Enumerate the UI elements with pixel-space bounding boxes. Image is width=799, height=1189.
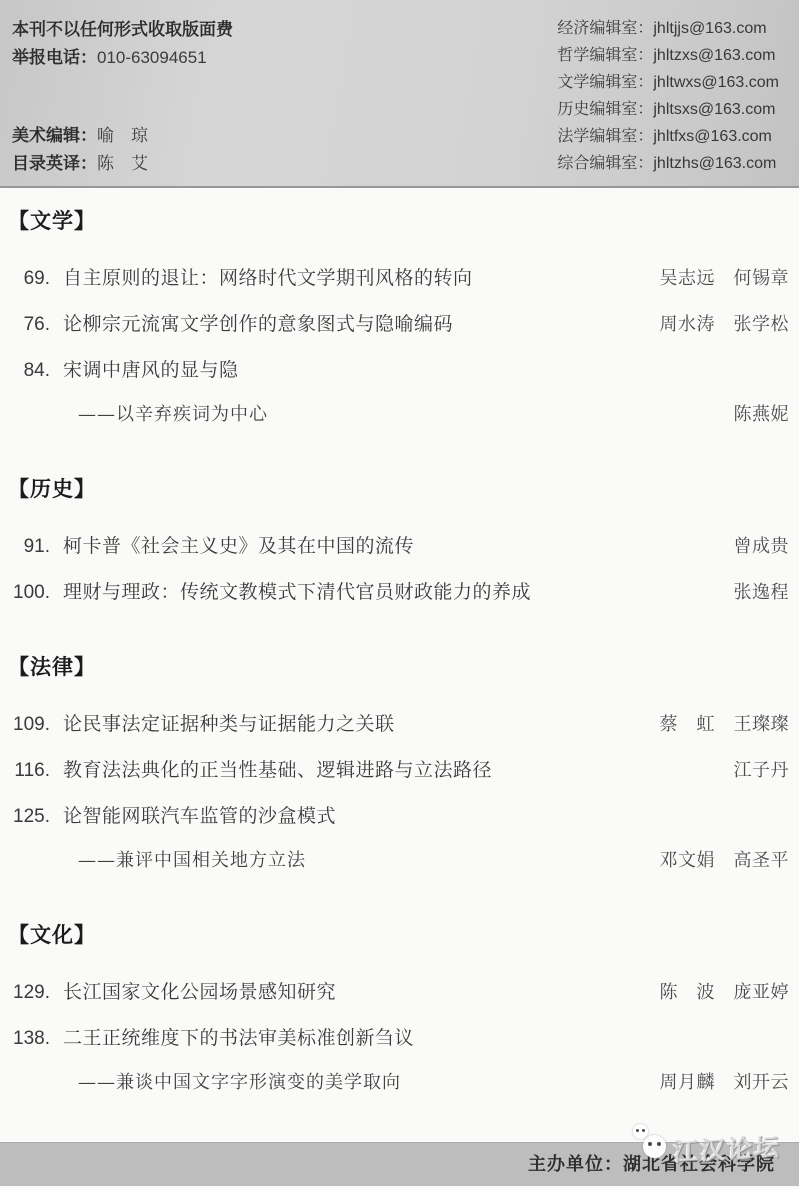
entry-authors: 张逸程 — [734, 578, 790, 608]
entry-authors: 周水涛 张学松 — [660, 310, 790, 340]
entry-page-number: 69. — [0, 264, 50, 294]
section-header-literature: 【文学】 — [8, 206, 799, 238]
room-label: 历史编辑室： — [557, 101, 653, 118]
entry-title: 二王正统维度下的书法审美标准创新刍议 — [63, 1024, 789, 1054]
room-label: 法学编辑室： — [557, 128, 653, 145]
entry-title: 柯卡普《社会主义史》及其在中国的流传 — [63, 532, 734, 562]
editorial-room-history: 历史编辑室：jhltsxs@163.com — [557, 96, 779, 123]
masthead-left-column: 本刊不以任何形式收取版面费 举报电话：010-63094651 美术编辑：喻 琼… — [12, 16, 233, 178]
report-phone-label: 举报电话： — [12, 48, 97, 67]
room-email: jhltsxs@163.com — [653, 101, 775, 118]
masthead-left-spacer — [12, 72, 233, 122]
editorial-room-philosophy: 哲学编辑室：jhltzxs@163.com — [557, 42, 779, 69]
toc-entry-subtitle-row: ——兼评中国相关地方立法 邓文娟 高圣平 — [0, 846, 799, 876]
entry-authors: 曾成贵 — [734, 532, 790, 562]
entry-title: 论柳宗元流寓文学创作的意象图式与隐喻编码 — [63, 310, 660, 340]
toc-entry: 69. 自主原则的退让：网络时代文学期刊风格的转向 吴志远 何锡章 — [0, 264, 799, 294]
entry-authors: 蔡 虹 王璨璨 — [660, 710, 790, 740]
table-of-contents: 【文学】 69. 自主原则的退让：网络时代文学期刊风格的转向 吴志远 何锡章 7… — [0, 188, 799, 1098]
entry-authors: 吴志远 何锡章 — [660, 264, 790, 294]
editorial-room-economics: 经济编辑室：jhltjjs@163.com — [557, 15, 779, 42]
entry-title: 论民事法定证据种类与证据能力之关联 — [63, 710, 660, 740]
entry-page-number: 109. — [0, 710, 50, 740]
toc-entry: 76. 论柳宗元流寓文学创作的意象图式与隐喻编码 周水涛 张学松 — [0, 310, 799, 340]
toc-entry: 116. 教育法法典化的正当性基础、逻辑进路与立法路径 江子丹 — [0, 756, 799, 786]
room-email: jhltfxs@163.com — [653, 128, 772, 145]
entry-title: 理财与理政：传统文教模式下清代官员财政能力的养成 — [63, 578, 734, 608]
journal-watermark: 江汉论坛 — [631, 1118, 791, 1170]
art-editor-label: 美术编辑： — [12, 126, 97, 145]
mascot-face-small — [633, 1124, 648, 1139]
entry-subtitle: ——以辛弃疾词为中心 — [78, 400, 734, 430]
entry-authors: 江子丹 — [734, 756, 790, 786]
entry-title: 长江国家文化公园场景感知研究 — [63, 978, 660, 1008]
toc-entry: 129. 长江国家文化公园场景感知研究 陈 波 庞亚婷 — [0, 978, 799, 1008]
section-header-culture: 【文化】 — [8, 920, 799, 952]
masthead-info-band: 本刊不以任何形式收取版面费 举报电话：010-63094651 美术编辑：喻 琼… — [0, 0, 799, 188]
entry-authors: 邓文娟 高圣平 — [660, 846, 790, 876]
entry-page-number: 84. — [0, 356, 50, 386]
report-phone-line: 举报电话：010-63094651 — [12, 44, 233, 72]
entry-title: 教育法法典化的正当性基础、逻辑进路与立法路径 — [63, 756, 734, 786]
entry-page-number: 129. — [0, 978, 50, 1008]
toc-entry-subtitle-row: ——兼谈中国文字字形演变的美学取向 周月麟 刘开云 — [0, 1068, 799, 1098]
room-label: 哲学编辑室： — [557, 47, 653, 64]
no-fee-notice: 本刊不以任何形式收取版面费 — [12, 16, 233, 44]
toc-entry: 100. 理财与理政：传统文教模式下清代官员财政能力的养成 张逸程 — [0, 578, 799, 608]
toc-entry: 109. 论民事法定证据种类与证据能力之关联 蔡 虹 王璨璨 — [0, 710, 799, 740]
editorial-room-literature: 文学编辑室：jhltwxs@163.com — [557, 69, 779, 96]
room-email: jhltwxs@163.com — [653, 74, 779, 91]
editorial-room-law: 法学编辑室：jhltfxs@163.com — [557, 123, 779, 150]
entry-page-number: 76. — [0, 310, 50, 340]
watermark-text: 江汉论坛 — [673, 1127, 781, 1169]
art-editor-line: 美术编辑：喻 琼 — [12, 122, 233, 150]
toc-entry: 84. 宋调中唐风的显与隐 — [0, 356, 799, 386]
entry-subtitle: ——兼谈中国文字字形演变的美学取向 — [78, 1068, 660, 1098]
entry-page-number: 116. — [0, 756, 50, 786]
entry-title: 宋调中唐风的显与隐 — [63, 356, 789, 386]
mascot-face-big — [643, 1135, 666, 1158]
room-label: 经济编辑室： — [557, 20, 653, 37]
entry-page-number: 91. — [0, 532, 50, 562]
section-header-history: 【历史】 — [8, 474, 799, 506]
mascot-faces-icon — [631, 1124, 671, 1168]
toc-translator-line: 目录英译：陈 艾 — [12, 150, 233, 178]
toc-translator-label: 目录英译： — [12, 154, 97, 173]
section-header-law: 【法律】 — [8, 652, 799, 684]
editorial-room-general: 综合编辑室：jhltzhs@163.com — [557, 150, 779, 177]
room-label: 文学编辑室： — [557, 74, 653, 91]
entry-page-number: 100. — [0, 578, 50, 608]
room-email: jhltzhs@163.com — [653, 155, 776, 172]
toc-entry-subtitle-row: ——以辛弃疾词为中心 陈燕妮 — [0, 400, 799, 430]
toc-entry: 138. 二王正统维度下的书法审美标准创新刍议 — [0, 1024, 799, 1054]
toc-entry: 91. 柯卡普《社会主义史》及其在中国的流传 曾成贵 — [0, 532, 799, 562]
art-editor-name: 喻 琼 — [97, 126, 148, 145]
entry-authors: 周月麟 刘开云 — [660, 1068, 790, 1098]
room-label: 综合编辑室： — [557, 155, 653, 172]
entry-subtitle: ——兼评中国相关地方立法 — [78, 846, 660, 876]
room-email: jhltjjs@163.com — [653, 20, 766, 37]
entry-authors: 陈燕妮 — [734, 400, 790, 430]
toc-translator-name: 陈 艾 — [97, 154, 148, 173]
entry-page-number: 125. — [0, 802, 50, 832]
entry-authors: 陈 波 庞亚婷 — [660, 978, 790, 1008]
editorial-room-list: 经济编辑室：jhltjjs@163.com 哲学编辑室：jhltzxs@163.… — [557, 15, 779, 177]
journal-toc-page: 本刊不以任何形式收取版面费 举报电话：010-63094651 美术编辑：喻 琼… — [0, 0, 799, 1189]
toc-entry: 125. 论智能网联汽车监管的沙盒模式 — [0, 802, 799, 832]
report-phone-number: 010-63094651 — [97, 48, 207, 67]
entry-title: 论智能网联汽车监管的沙盒模式 — [63, 802, 789, 832]
room-email: jhltzxs@163.com — [653, 47, 775, 64]
entry-title: 自主原则的退让：网络时代文学期刊风格的转向 — [63, 264, 660, 294]
entry-page-number: 138. — [0, 1024, 50, 1054]
